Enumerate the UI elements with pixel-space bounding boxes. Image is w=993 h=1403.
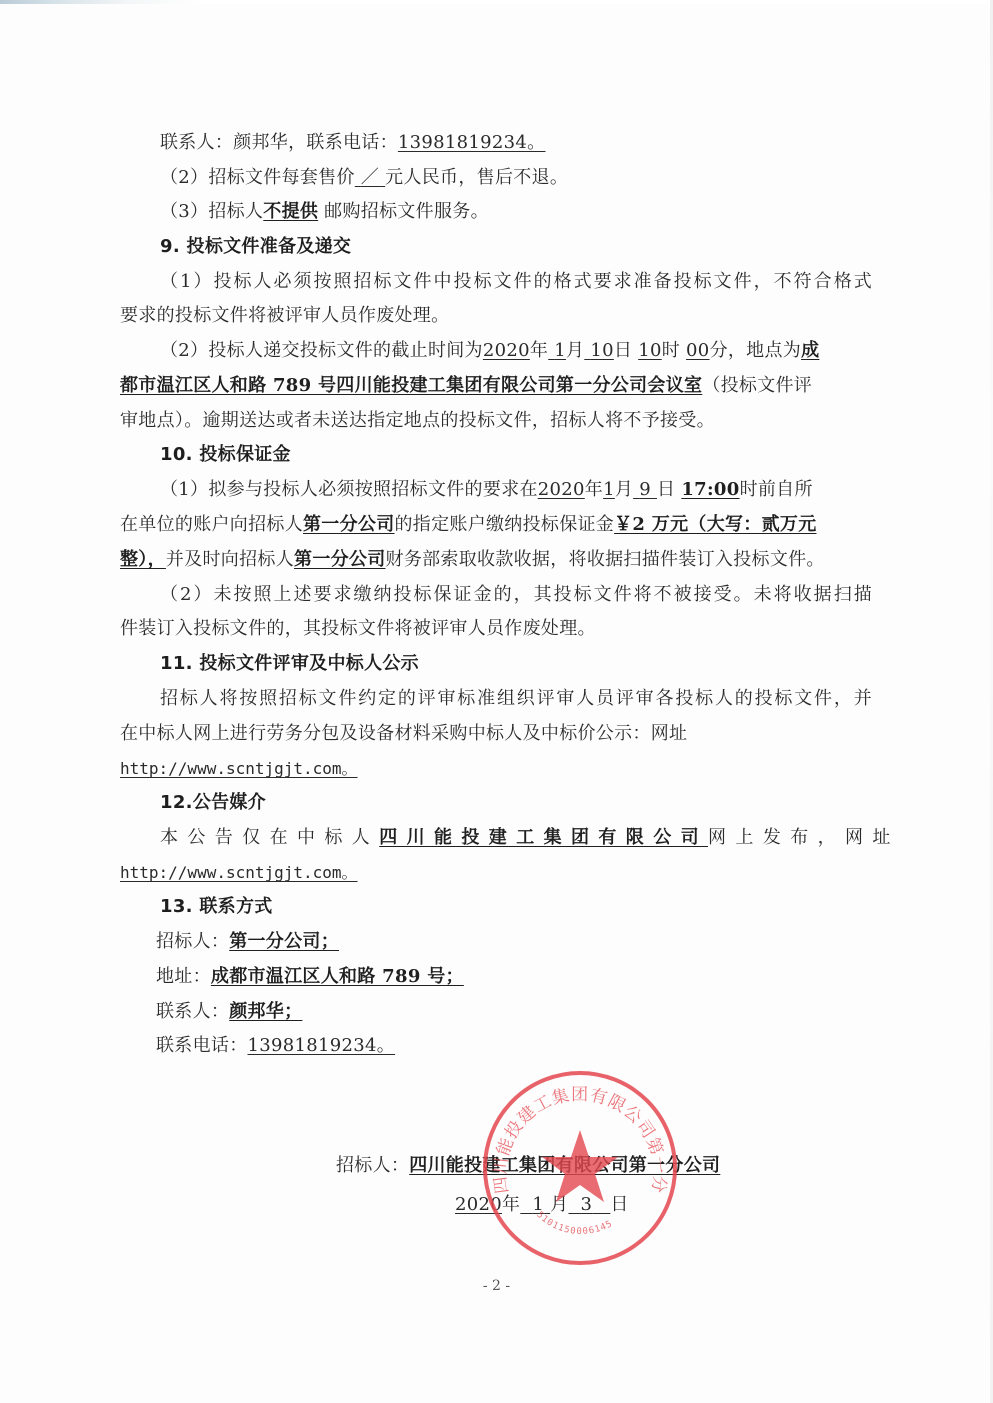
mail-suffix: 邮购招标文件服务。 (324, 201, 489, 222)
signature-line: 招标人：四川能投建工集团有限公司第一分公司 (336, 1149, 776, 1183)
price-line: （2）招标文件每套售价 ／ 元人民币，售后不退。 (160, 161, 872, 195)
company-name: 四川能投建工集团有限公司 (379, 827, 708, 848)
branch-name: 第一分公司 (294, 549, 386, 570)
contact-label: 联系人：颜邦华，联系电话： (160, 132, 398, 153)
deadline-line: （2）投标人递交投标文件的截止时间为2020年 1月 10日 10时 00分，地… (160, 334, 872, 368)
contact-phone-row: 联系电话：13981819234。 (156, 1029, 908, 1063)
contact-phone: 13981819234。 (398, 132, 546, 153)
paragraph-line: 要求的投标文件将被评审人员作废处理。 (120, 299, 872, 333)
website-link[interactable]: http://www.scntjgjt.com。 (120, 863, 358, 882)
signature-date: 2020年 1 月 3 日 (455, 1188, 675, 1222)
contact-tenderer-row: 招标人：第一分公司； (156, 925, 908, 959)
document-page: 联系人：颜邦华，联系电话：13981819234。 （2）招标文件每套售价 ／ … (0, 0, 993, 1403)
location-line: 都市温江区人和路 789 号四川能投建工集团有限公司第一分公司会议室（投标文件评 (120, 369, 872, 403)
paragraph-line: 在中标人网上进行劳务分包及设备材料采购中标人及中标价公示：网址 (120, 717, 872, 751)
paragraph-line: （1）投标人必须按照招标文件中投标文件的格式要求准备投标文件，不符合格式 (160, 265, 872, 299)
page-number: - 2 - (0, 1278, 993, 1294)
price-prefix: （2）招标文件每套售价 (160, 167, 355, 188)
deposit-account-line: 在单位的账户向招标人第一分公司的指定账户缴纳投标保证金￥2 万元（大写：贰万元 (120, 508, 872, 542)
section-heading-11: 11. 投标文件评审及中标人公示 (160, 647, 872, 681)
section-heading-13: 13. 联系方式 (160, 890, 872, 924)
submission-location: 都市温江区人和路 789 号四川能投建工集团有限公司第一分公司会议室 (120, 375, 702, 396)
contact-phone-value: 13981819234。 (248, 1035, 396, 1056)
mail-line: （3）招标人不提供邮购招标文件服务。 (160, 195, 872, 229)
section-heading-10: 10. 投标保证金 (160, 438, 872, 472)
url-line: http://www.scntjgjt.com。 (120, 856, 872, 890)
paragraph-line: （2）未按照上述要求缴纳投标保证金的，其投标文件将不被接受。未将收据扫描 (160, 578, 872, 612)
deposit-receipt-line: 整），并及时向招标人第一分公司财务部索取收款收据，将收据扫描件装订入投标文件。 (120, 543, 872, 577)
contact-person-value: 颜邦华； (229, 1001, 302, 1022)
deposit-time: 17:00 (681, 479, 739, 500)
deadline-day: 10 (584, 340, 614, 361)
branch-name: 第一分公司 (303, 514, 395, 535)
price-value: ／ (355, 167, 385, 188)
url-line: http://www.scntjgjt.com。 (120, 752, 872, 786)
tenderer-value: 第一分公司； (229, 931, 339, 952)
media-line: 本公告仅在中标人四川能投建工集团有限公司网上发布，网址 (160, 821, 872, 855)
price-suffix: 元人民币，售后不退。 (385, 167, 568, 188)
contact-address-row: 地址：成都市温江区人和路 789 号； (156, 960, 908, 994)
contact-line: 联系人：颜邦华，联系电话：13981819234。 (160, 126, 872, 160)
paragraph-line: 件装订入投标文件的，其投标文件将被评审人员作废处理。 (120, 612, 872, 646)
deadline-month: 1 (548, 340, 566, 361)
deadline-year: 2020 (483, 340, 530, 361)
section-heading-12: 12.公告媒介 (160, 786, 872, 820)
deposit-deadline-line: （1）拟参与投标人必须按照招标文件的要求在2020年1月 9 日 17:00时前… (160, 473, 872, 507)
section-heading-9: 9. 投标文件准备及递交 (160, 230, 872, 264)
paragraph-line: 招标人将按照招标文件约定的评审标准组织评审人员评审各投标人的投标文件，并 (160, 682, 872, 716)
deposit-day: 9 (633, 479, 657, 500)
contact-person-row: 联系人：颜邦华； (156, 995, 908, 1029)
deposit-amount: ￥2 万元（大写：贰万元 (614, 514, 816, 535)
mail-value: 不提供 (263, 201, 318, 222)
address-value: 成都市温江区人和路 789 号； (211, 966, 464, 987)
signature-company: 四川能投建工集团有限公司第一分公司 (409, 1155, 720, 1176)
deadline-hour: 10 (638, 340, 662, 361)
mail-prefix: （3）招标人 (160, 201, 263, 222)
deposit-year: 2020 (538, 479, 585, 500)
deposit-month: 1 (603, 479, 615, 500)
paragraph-line: 审地点）。逾期送达或者未送达指定地点的投标文件，招标人将不予接受。 (120, 404, 872, 438)
deadline-minute: 00 (686, 340, 710, 361)
website-link[interactable]: http://www.scntjgjt.com。 (120, 759, 358, 778)
